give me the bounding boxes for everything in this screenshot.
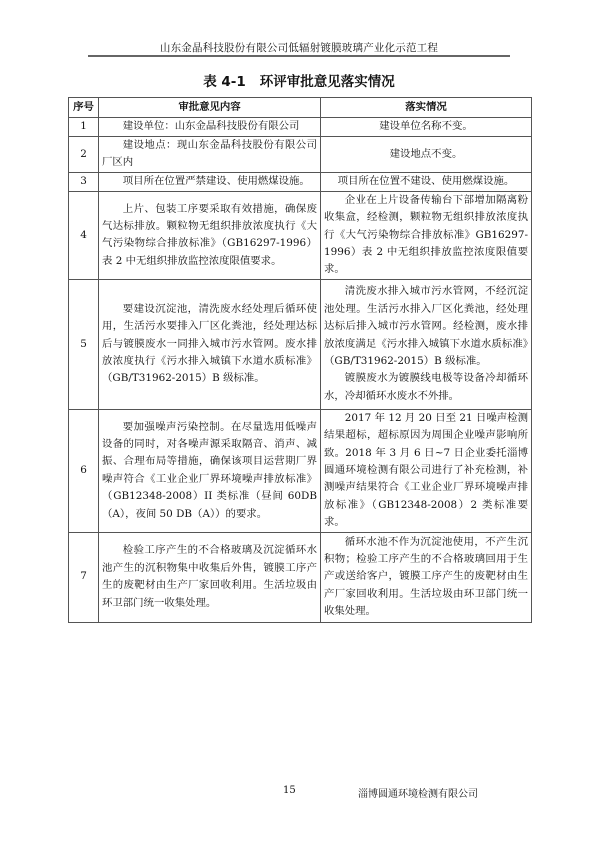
row-implementation: 项目所在位置不建设、使用燃煤设施。 xyxy=(321,172,532,191)
row-approval: 项目所在位置严禁建设、使用燃煤设施。 xyxy=(99,172,321,191)
row-seq: 4 xyxy=(69,191,99,279)
row-seq: 3 xyxy=(69,172,99,191)
approval-paragraph: 建设地点：现山东金晶科技股份有限公司厂区内 xyxy=(102,137,317,172)
table-row: 4上片、包装工序要采取有效措施，确保废气达标排放。颗粒物无组织排放浓度执行《大气… xyxy=(69,191,532,279)
implementation-paragraph: 循环水池不作为沉淀池使用，不产生沉积物；检验工序产生的不合格玻璃回用于生产或送给… xyxy=(324,534,528,621)
header-rule xyxy=(88,55,510,57)
row-implementation: 建设单位名称不变。 xyxy=(321,118,532,137)
row-approval: 要建设沉淀池，清洗废水经处理后循环使用，生活污水要排入厂区化粪池，经处理达标后与… xyxy=(99,279,321,409)
row-seq: 5 xyxy=(69,279,99,409)
table-header-row: 序号 审批意见内容 落实情况 xyxy=(69,98,532,118)
table-row: 7检验工序产生的不合格玻璃及沉淀循环水池产生的沉积物集中收集后外售，镀膜工序产生… xyxy=(69,532,532,622)
running-header: 山东金晶科技股份有限公司低辐射镀膜玻璃产业化示范工程 xyxy=(88,40,510,55)
implementation-paragraph: 镀膜废水为镀膜线电极等设备冷却循环水，冷却循环水废水不外排。 xyxy=(324,370,528,405)
table-title: 表 4-1环评审批意见落实情况 xyxy=(68,70,530,90)
table-row: 2建设地点：现山东金晶科技股份有限公司厂区内建设地点不变。 xyxy=(69,137,532,173)
row-implementation: 2017 年 12 月 20 日至 21 日噪声检测结果超标，超标原因为周围企业… xyxy=(321,409,532,532)
approval-table: 序号 审批意见内容 落实情况 1建设单位：山东金晶科技股份有限公司建设单位名称不… xyxy=(68,97,532,623)
row-seq: 7 xyxy=(69,532,99,622)
row-seq: 1 xyxy=(69,118,99,137)
implementation-paragraph: 企业在上片设备传输台下部增加隔离粉收集盒，经检测，颗粒物无组织排放浓度执行《大气… xyxy=(324,192,528,279)
row-implementation: 循环水池不作为沉淀池使用，不产生沉积物；检验工序产生的不合格玻璃回用于生产或送给… xyxy=(321,532,532,622)
implementation-paragraph: 2017 年 12 月 20 日至 21 日噪声检测结果超标，超标原因为周围企业… xyxy=(324,410,528,532)
page-number: 15 xyxy=(283,785,296,796)
approval-paragraph: 项目所在位置严禁建设、使用燃煤设施。 xyxy=(102,173,317,190)
table-number: 表 4-1 xyxy=(203,74,246,90)
row-approval: 建设地点：现山东金晶科技股份有限公司厂区内 xyxy=(99,137,321,173)
implementation-paragraph: 清洗废水排入城市污水管网，不经沉淀池处理。生活污水排入厂区化粪池，经处理达标后排… xyxy=(324,283,528,370)
row-seq: 2 xyxy=(69,137,99,173)
row-approval: 检验工序产生的不合格玻璃及沉淀循环水池产生的沉积物集中收集后外售，镀膜工序产生的… xyxy=(99,532,321,622)
row-approval: 要加强噪声污染控制。在尽量选用低噪声设备的同时，对各噪声源采取隔音、消声、减振、… xyxy=(99,409,321,532)
approval-paragraph: 上片、包装工序要采取有效措施，确保废气达标排放。颗粒物无组织排放浓度执行《大气污… xyxy=(102,201,317,271)
table-row: 6要加强噪声污染控制。在尽量选用低噪声设备的同时，对各噪声源采取隔音、消声、减振… xyxy=(69,409,532,532)
footer-organization: 淄博圆通环境检测有限公司 xyxy=(358,785,478,800)
row-approval: 建设单位：山东金晶科技股份有限公司 xyxy=(99,118,321,137)
table-row: 1建设单位：山东金晶科技股份有限公司建设单位名称不变。 xyxy=(69,118,532,137)
row-approval: 上片、包装工序要采取有效措施，确保废气达标排放。颗粒物无组织排放浓度执行《大气污… xyxy=(99,191,321,279)
row-implementation: 企业在上片设备传输台下部增加隔离粉收集盒，经检测，颗粒物无组织排放浓度执行《大气… xyxy=(321,191,532,279)
table-title-text: 环评审批意见落实情况 xyxy=(260,74,395,90)
table-row: 3项目所在位置严禁建设、使用燃煤设施。项目所在位置不建设、使用燃煤设施。 xyxy=(69,172,532,191)
header-seq: 序号 xyxy=(69,98,99,118)
approval-paragraph: 要建设沉淀池，清洗废水经处理后循环使用，生活污水要排入厂区化粪池，经处理达标后与… xyxy=(102,301,317,388)
table-row: 5要建设沉淀池，清洗废水经处理后循环使用，生活污水要排入厂区化粪池，经处理达标后… xyxy=(69,279,532,409)
implementation-paragraph: 建设单位名称不变。 xyxy=(324,118,528,135)
row-implementation: 清洗废水排入城市污水管网，不经沉淀池处理。生活污水排入厂区化粪池，经处理达标后排… xyxy=(321,279,532,409)
approval-paragraph: 要加强噪声污染控制。在尽量选用低噪声设备的同时，对各噪声源采取隔音、消声、减振、… xyxy=(102,419,317,523)
implementation-paragraph: 建设地点不变。 xyxy=(324,146,528,163)
approval-paragraph: 建设单位：山东金晶科技股份有限公司 xyxy=(102,118,317,135)
row-seq: 6 xyxy=(69,409,99,532)
implementation-paragraph: 项目所在位置不建设、使用燃煤设施。 xyxy=(324,173,528,190)
row-implementation: 建设地点不变。 xyxy=(321,137,532,173)
approval-paragraph: 检验工序产生的不合格玻璃及沉淀循环水池产生的沉积物集中收集后外售，镀膜工序产生的… xyxy=(102,542,317,612)
header-approval: 审批意见内容 xyxy=(99,98,321,118)
header-implementation: 落实情况 xyxy=(321,98,532,118)
